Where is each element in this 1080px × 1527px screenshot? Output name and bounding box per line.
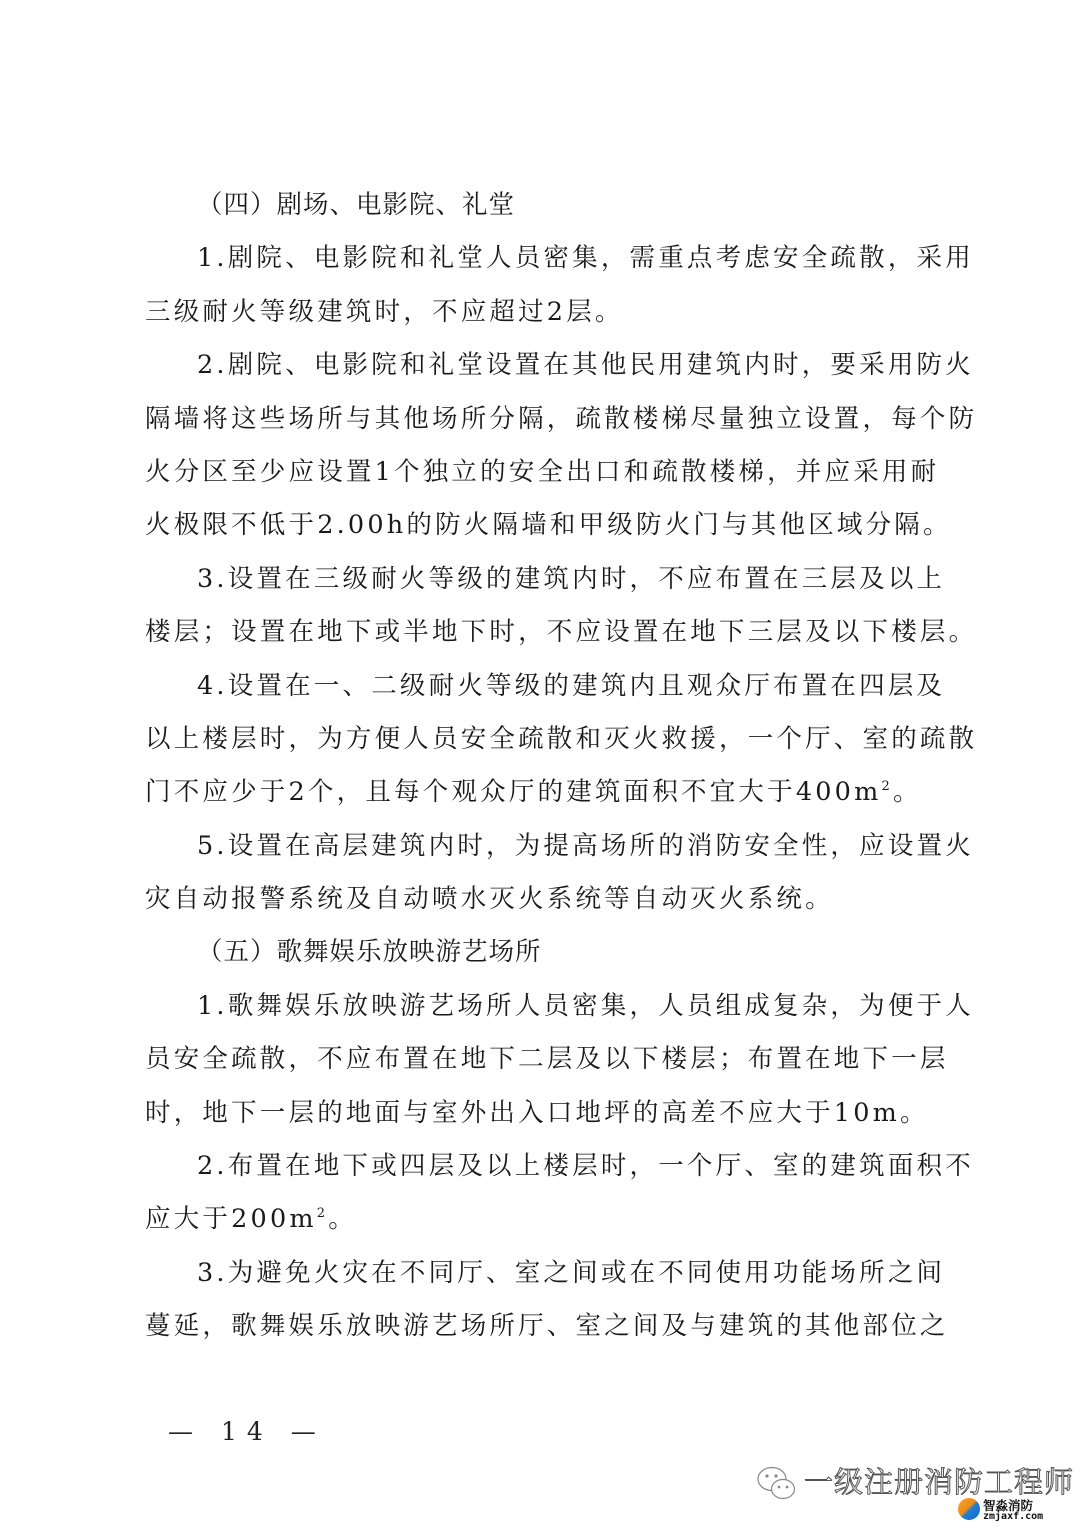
paragraph-line: 以上楼层时，为方便人员安全疏散和灭火救援，一个厅、室的疏散 <box>145 713 939 766</box>
paragraph-line: 员安全疏散，不应布置在地下二层及以下楼层；布置在地下一层 <box>145 1033 939 1086</box>
logo-mark-icon <box>958 1498 980 1520</box>
paragraph-line: 4.设置在一、二级耐火等级的建筑内且观众厅布置在四层及 <box>145 660 939 713</box>
brand-logo: 智淼消防 zmjaxf.com <box>958 1496 1068 1526</box>
paragraph-line: 楼层；设置在地下或半地下时，不应设置在地下三层及以下楼层。 <box>145 606 939 659</box>
superscript: 2 <box>881 779 892 794</box>
line-text: 门不应少于2个，且每个观众厅的建筑面积不宜大于400m <box>145 777 881 807</box>
paragraph-line: 时，地下一层的地面与室外出入口地坪的高差不应大于10m。 <box>145 1087 939 1140</box>
paragraph-line: 灾自动报警系统及自动喷水灭火系统等自动灭火系统。 <box>145 873 939 926</box>
section-heading-entertainment: （五）歌舞娱乐放映游艺场所 <box>145 926 939 979</box>
paragraph-line: 3.设置在三级耐火等级的建筑内时，不应布置在三层及以上 <box>145 553 939 606</box>
wechat-icon <box>756 1464 798 1504</box>
paragraph-line: 2.布置在地下或四层及以上楼层时，一个厅、室的建筑面积不 <box>145 1140 939 1193</box>
paragraph-line: 三级耐火等级建筑时，不应超过2层。 <box>145 286 939 339</box>
paragraph-line: 火极限不低于2.00h的防火隔墙和甲级防火门与其他区域分隔。 <box>145 499 939 552</box>
paragraph-line-200m2: 应大于200m2。 <box>145 1193 939 1246</box>
paragraph-line: 2.剧院、电影院和礼堂设置在其他民用建筑内时，要采用防火 <box>145 339 939 392</box>
line-text: 应大于200m <box>145 1204 317 1234</box>
paragraph-line-400m2: 门不应少于2个，且每个观众厅的建筑面积不宜大于400m2。 <box>145 766 939 819</box>
paragraph-line: 隔墙将这些场所与其他场所分隔，疏散楼梯尽量独立设置，每个防 <box>145 393 939 446</box>
section-heading-theaters: （四）剧场、电影院、礼堂 <box>145 179 939 232</box>
watermark-text: 一级注册消防工程师 <box>804 1460 1074 1501</box>
paragraph-line: 5.设置在高层建筑内时，为提高场所的消防安全性，应设置火 <box>145 820 939 873</box>
paragraph-line: 火分区至少应设置1个独立的安全出口和疏散楼梯，并应采用耐 <box>145 446 939 499</box>
period: 。 <box>893 777 922 807</box>
paragraph-line: 3.为避免火灾在不同厅、室之间或在不同使用功能场所之间 <box>145 1247 939 1300</box>
paragraph-line: 1.剧院、电影院和礼堂人员密集，需重点考虑安全疏散，采用 <box>145 232 939 285</box>
logo-url: zmjaxf.com <box>983 1511 1043 1522</box>
paragraph-line: 1.歌舞娱乐放映游艺场所人员密集，人员组成复杂，为便于人 <box>145 980 939 1033</box>
document-page: （四）剧场、电影院、礼堂 1.剧院、电影院和礼堂人员密集，需重点考虑安全疏散，采… <box>145 179 939 1354</box>
paragraph-line: 蔓延，歌舞娱乐放映游艺场所厅、室之间及与建筑的其他部位之 <box>145 1300 939 1353</box>
superscript: 2 <box>317 1206 328 1221</box>
page-number: — 14 — <box>168 1417 326 1446</box>
period: 。 <box>328 1204 357 1234</box>
